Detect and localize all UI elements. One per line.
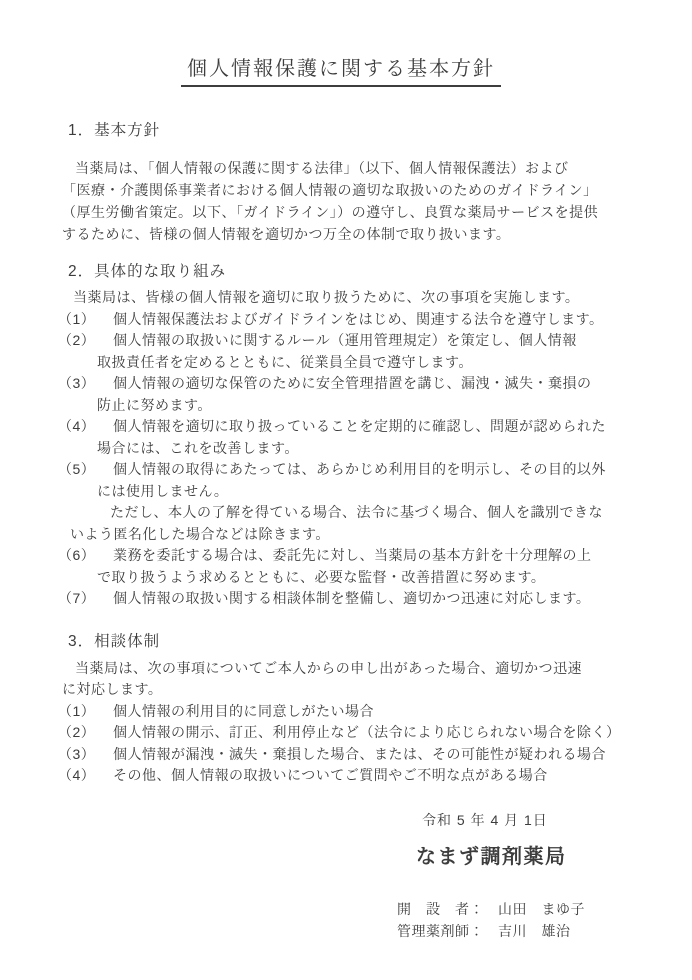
list-item-note: いよう匿名化した場合などは除きます。: [58, 524, 644, 546]
list-item: （4） 個人情報を適切に取り扱っていることを定期的に確認し、問題が認められた 場…: [58, 416, 644, 459]
list-item-text: 個人情報の適切な保管のために安全管理措置を講じ、漏洩・滅失・棄損の: [113, 373, 592, 395]
list-item: （1） 個人情報保護法およびガイドラインをはじめ、関連する法令を遵守します。: [58, 309, 644, 331]
list-item-text: 個人情報が漏洩・滅失・棄損した場合、または、その可能性が疑われる場合: [113, 744, 606, 766]
paragraph-line: （厚生労働省策定。以下、「ガイドライン」）の遵守し、良質な薬局サービスを提供: [62, 201, 644, 223]
section-2-list: （1） 個人情報保護法およびガイドラインをはじめ、関連する法令を遵守します。 （…: [58, 309, 644, 610]
list-item-text: 個人情報を適切に取り扱っていることを定期的に確認し、問題が認められた: [113, 416, 606, 438]
list-item-number: （4）: [58, 765, 113, 787]
list-item: （6） 業務を委託する場合は、委託先に対し、当薬局の基本方針を十分理解の上 で取…: [58, 545, 644, 588]
section-1-heading: 1．基本方針: [68, 120, 644, 142]
list-item-text: 個人情報の取扱い関する相談体制を整備し、適切かつ迅速に対応します。: [113, 588, 590, 610]
list-item-number: （7）: [58, 588, 113, 610]
list-item-note: ただし、本人の了解を得ている場合、法令に基づく場合、個人を識別できな: [58, 502, 644, 524]
list-item-text: その他、個人情報の取扱いについてご質問やご不明な点がある場合: [113, 765, 548, 787]
section-3-list: （1） 個人情報の利用目的に同意しがたい場合 （2） 個人情報の開示、訂正、利用…: [58, 701, 644, 787]
paragraph-line: するために、皆様の個人情報を適切かつ万全の体制で取り扱います。: [62, 223, 644, 245]
document-title: 個人情報保護に関する基本方針: [181, 56, 501, 87]
founder-label: 開 設 者：: [397, 901, 484, 917]
pharmacist-name: 吉川 雄治: [498, 923, 571, 939]
list-item: （2） 個人情報の開示、訂正、利用停止など（法令により応じられない場合を除く）: [58, 722, 644, 744]
section-3-heading: 3．相談体制: [68, 631, 644, 653]
pharmacist-row: 管理薬剤師：吉川 雄治: [397, 921, 644, 943]
document-page: 個人情報保護に関する基本方針 1．基本方針 当薬局は、「個人情報の保護に関する法…: [0, 0, 692, 980]
list-item: （3） 個人情報が漏洩・滅失・棄損した場合、または、その可能性が疑われる場合: [58, 744, 644, 766]
section-3-intro: 当薬局は、次の事項についてご本人からの申し出があった場合、適切かつ迅速 に対応し…: [58, 658, 644, 701]
list-item-number: （2）: [58, 722, 113, 744]
founder-name: 山田 まゆ子: [498, 901, 585, 917]
list-item-number: （6）: [58, 545, 113, 567]
list-item-text: 個人情報の開示、訂正、利用停止など（法令により応じられない場合を除く）: [113, 722, 621, 744]
paragraph-line: 当薬局は、次の事項についてご本人からの申し出があった場合、適切かつ迅速: [62, 658, 644, 680]
list-item-number: （1）: [58, 701, 113, 723]
list-item: （3） 個人情報の適切な保管のために安全管理措置を講じ、漏洩・滅失・棄損の 防止…: [58, 373, 644, 416]
list-item-number: （3）: [58, 744, 113, 766]
signatory-block: 開 設 者：山田 まゆ子 管理薬剤師：吉川 雄治: [397, 899, 644, 942]
pharmacist-label: 管理薬剤師：: [397, 923, 484, 939]
list-item: （1） 個人情報の利用目的に同意しがたい場合: [58, 701, 644, 723]
list-item-text: 個人情報の取得にあたっては、あらかじめ利用目的を明示し、その目的以外: [113, 459, 606, 481]
section-1-paragraph: 当薬局は、「個人情報の保護に関する法律」（以下、個人情報保護法）および 「医療・…: [58, 157, 644, 245]
list-item-text: で取り扱うよう求めるとともに、必要な監督・改善措置に努めます。: [58, 567, 644, 589]
list-item: （2） 個人情報の取扱いに関するルール（運用管理規定）を策定し、個人情報 取扱責…: [58, 330, 644, 373]
list-item: （4） その他、個人情報の取扱いについてご質問やご不明な点がある場合: [58, 765, 644, 787]
list-item-text: 場合には、これを改善します。: [58, 438, 644, 460]
list-item-number: （5）: [58, 459, 113, 481]
paragraph-line: 「医療・介護関係事業者における個人情報の適切な取扱いのためのガイドライン」: [62, 179, 644, 201]
list-item-number: （4）: [58, 416, 113, 438]
list-item-text: 個人情報の取扱いに関するルール（運用管理規定）を策定し、個人情報: [113, 330, 577, 352]
paragraph-line: に対応します。: [62, 679, 644, 701]
list-item: （7） 個人情報の取扱い関する相談体制を整備し、適切かつ迅速に対応します。: [58, 588, 644, 610]
document-title-wrap: 個人情報保護に関する基本方針: [58, 56, 624, 87]
list-item-text: 個人情報保護法およびガイドラインをはじめ、関連する法令を遵守します。: [113, 309, 603, 331]
list-item-text: 取扱責任者を定めるとともに、従業員全員で遵守します。: [58, 352, 644, 374]
list-item-text: 業務を委託する場合は、委託先に対し、当薬局の基本方針を十分理解の上: [113, 545, 592, 567]
list-item-text: には使用しません。: [58, 481, 644, 503]
list-item-text: 個人情報の利用目的に同意しがたい場合: [113, 701, 374, 723]
founder-row: 開 設 者：山田 まゆ子: [397, 899, 644, 921]
list-item-number: （3）: [58, 373, 113, 395]
document-date: 令和 5 年 4 月 1日: [422, 810, 644, 832]
section-2-heading: 2．具体的な取り組み: [68, 261, 644, 283]
list-item-number: （2）: [58, 330, 113, 352]
paragraph-line: 当薬局は、「個人情報の保護に関する法律」（以下、個人情報保護法）および: [62, 157, 644, 179]
list-item-text: 防止に努めます。: [58, 395, 644, 417]
section-2-intro: 当薬局は、皆様の個人情報を適切に取り扱うために、次の事項を実施します。: [58, 287, 644, 309]
list-item-number: （1）: [58, 309, 113, 331]
list-item: （5） 個人情報の取得にあたっては、あらかじめ利用目的を明示し、その目的以外 に…: [58, 459, 644, 545]
pharmacy-name: なまず調剤薬局: [416, 844, 644, 871]
